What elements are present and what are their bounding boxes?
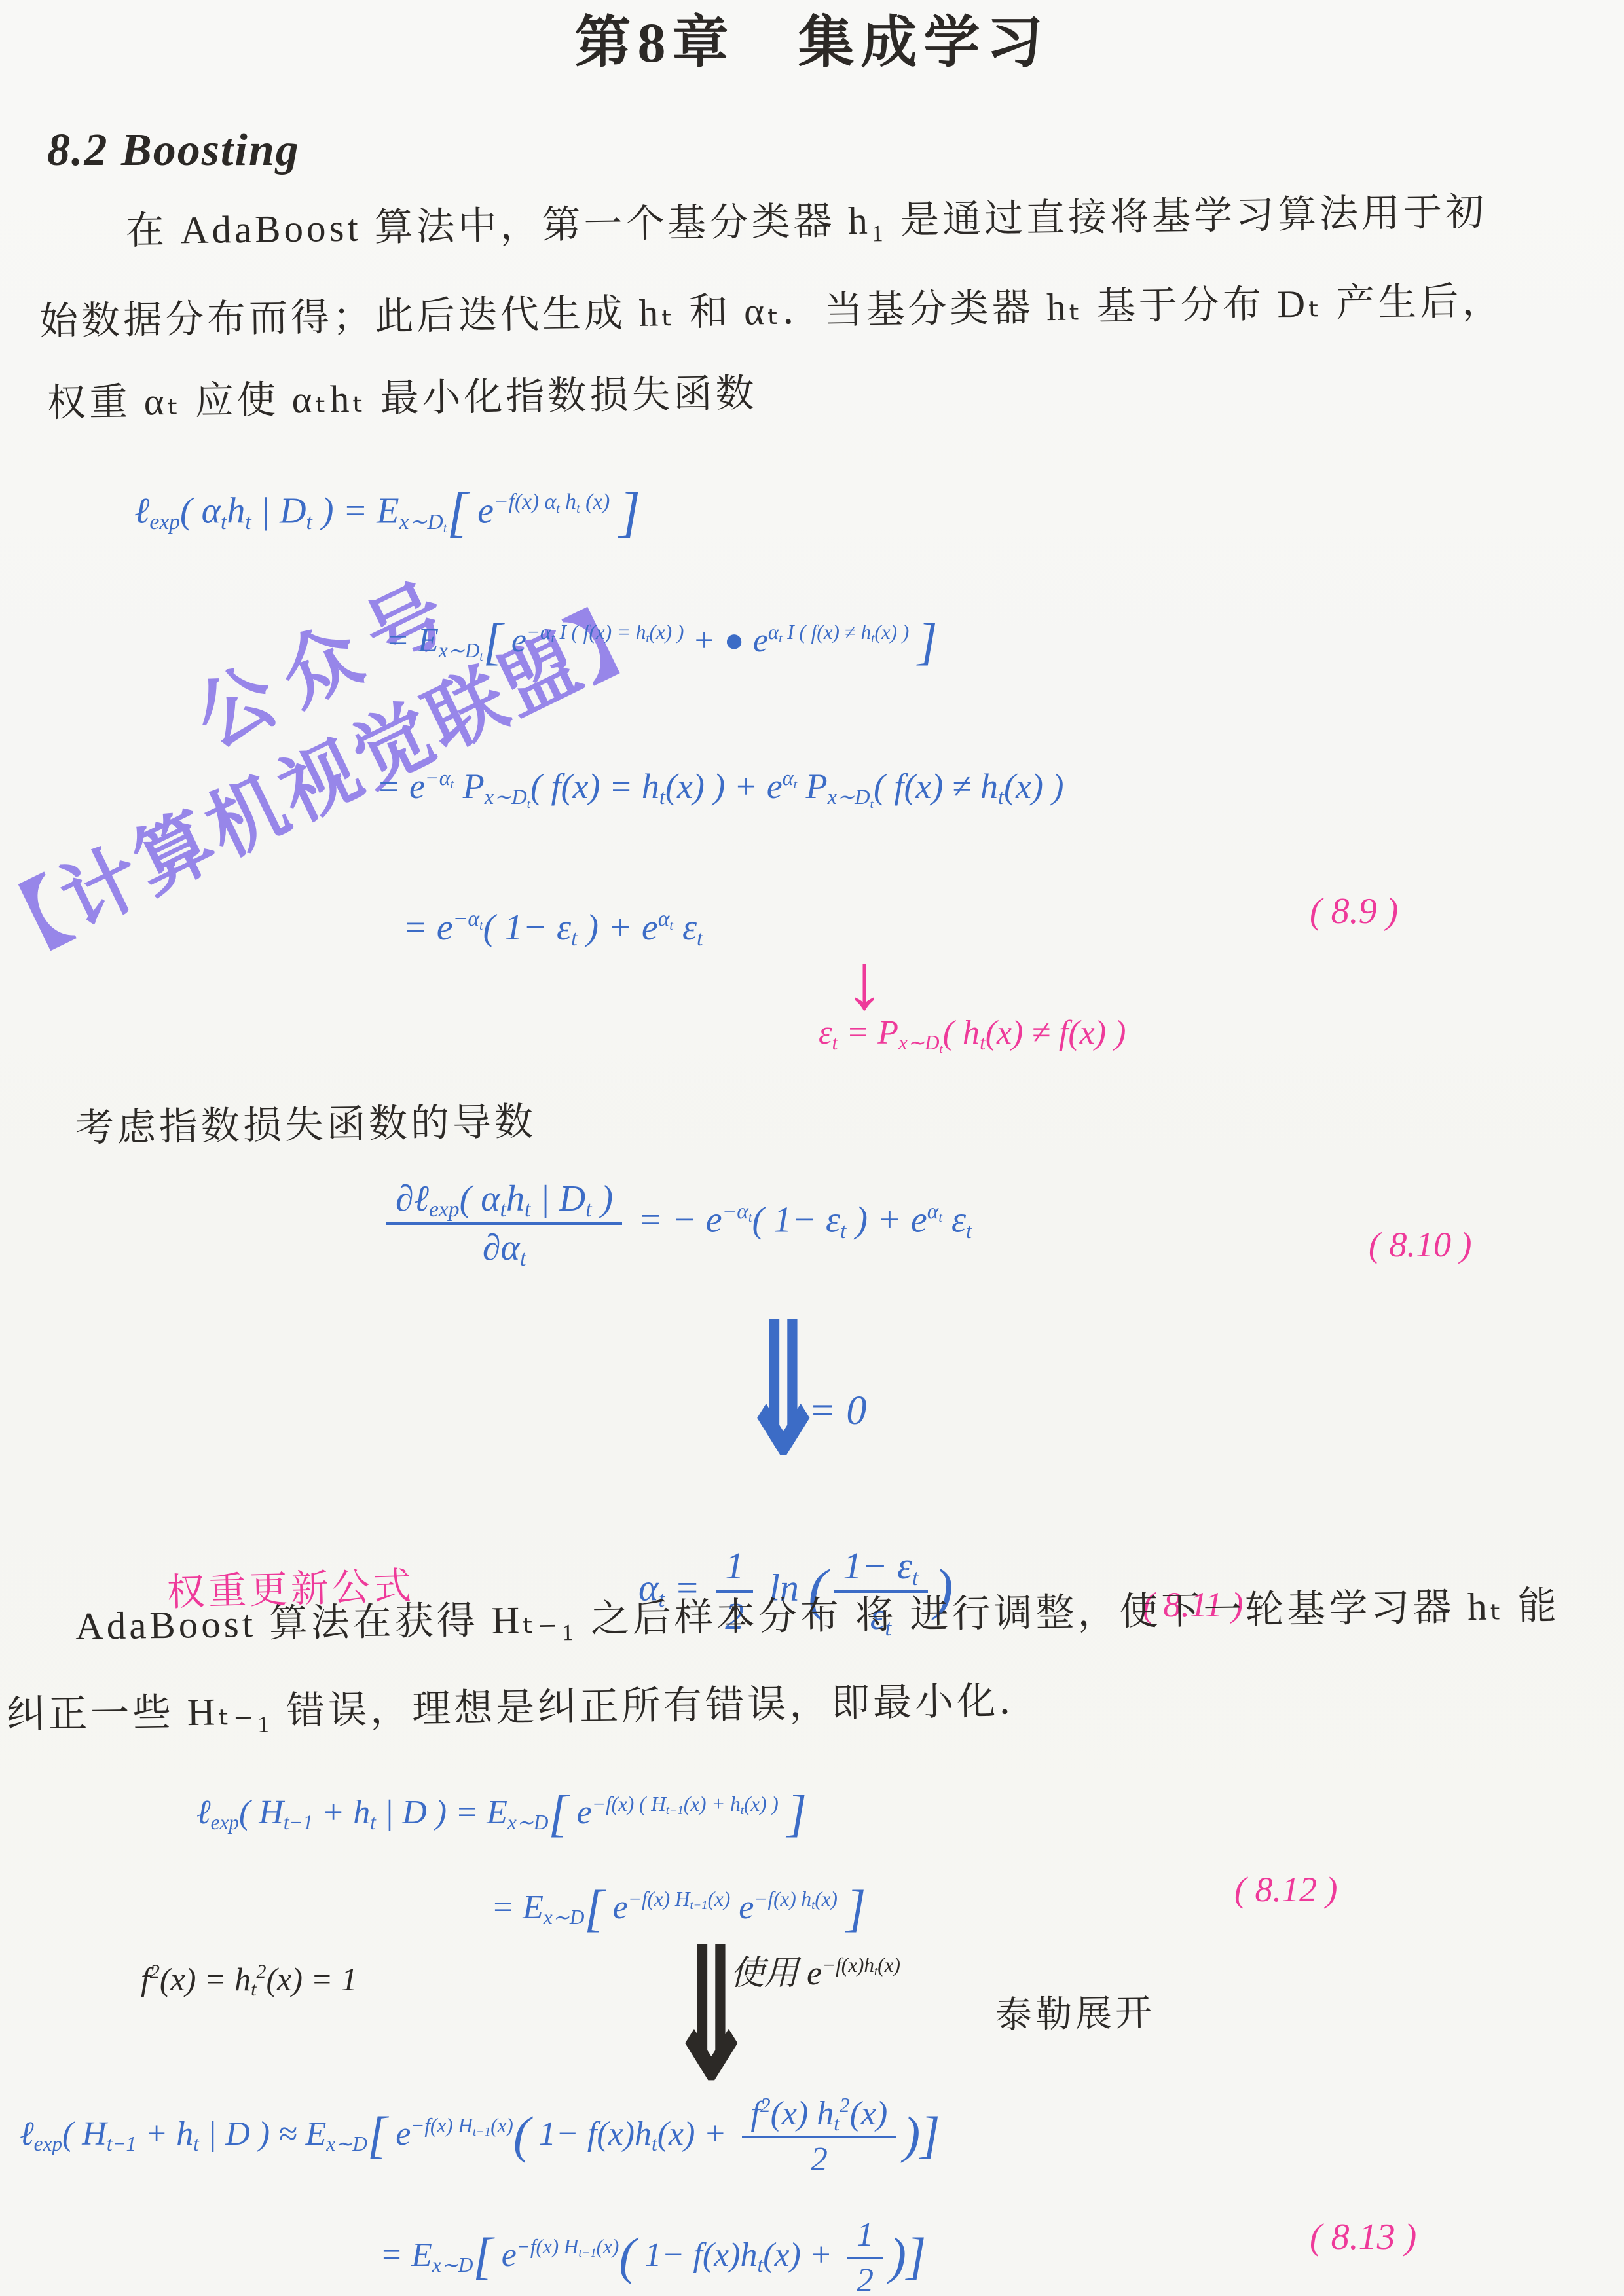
para1-line2: 始数据分布而得；此后迭代生成 hₜ 和 αₜ．当基分类器 hₜ 基于分布 Dₜ … — [39, 279, 1504, 344]
eq-8-9-line3: = e−αt Px∼Dt( f(x) = ht(x) ) + eαt Px∼Dt… — [377, 766, 1063, 807]
identity-constraint: f2(x) = ht2(x) = 1 — [141, 1961, 358, 1999]
para1-line1: 在 AdaBoost 算法中，第一个基分类器 h₁ 是通过直接将基学习算法用于初 — [126, 190, 1488, 253]
eq-8-13-label: ( 8.13 ) — [1310, 2216, 1416, 2258]
pink-down-arrow-icon: ↓ — [845, 943, 884, 1021]
taylor-use-note: 使用 e−f(x)ht(x) — [730, 1954, 900, 1994]
eq-8-13-line2: = Ex∼D[ e−f(x) Ht−1(x)( 1− f(x)ht(x) + 1… — [380, 2216, 926, 2296]
eq-8-9-line1: ℓexp( αtht | Dt ) = Ex∼Dt[ e−f(x) αt ht … — [134, 481, 640, 545]
notebook-page: 公众号 【计算机视觉联盟】 第8章 集成学习 8.2 Boosting 在 Ad… — [0, 0, 1624, 2296]
eq-8-12-line1: ℓexp( Ht−1 + ht | D ) = Ex∼D[ e−f(x) ( H… — [196, 1784, 807, 1843]
eq-8-9-label: ( 8.9 ) — [1310, 890, 1398, 932]
page-title: 第8章 集成学习 — [575, 10, 1050, 75]
eq-8-10-label: ( 8.10 ) — [1369, 1224, 1471, 1265]
taylor-expand-note: 泰勒展开 — [995, 1992, 1156, 2037]
para1-line3: 权重 αₜ 应使 αₜhₜ 最小化指数损失函数 — [47, 371, 758, 426]
eq-8-9-line4: = e−αt( 1− εt ) + eαt εt — [403, 907, 703, 949]
epsilon-definition: εt = Px∼Dt( ht(x) ≠ f(x) ) — [819, 1013, 1126, 1053]
eq-8-13-line1: ℓexp( Ht−1 + ht | D ) ≈ Ex∼D[ e−f(x) Ht−… — [20, 2095, 940, 2179]
eq-8-9-line2: = Ex∼Dt[ e−αt I ( f(x) = ht(x) ) + ● eαt… — [386, 612, 938, 671]
eq-8-10: ∂ℓexp( αtht | Dt )∂αt = − e−αt( 1− εt ) … — [380, 1178, 972, 1268]
eq-8-12-label: ( 8.12 ) — [1234, 1869, 1337, 1910]
derivative-note: 考虑指数损失函数的导数 — [75, 1100, 537, 1151]
section-heading: 8.2 Boosting — [47, 124, 300, 177]
equals-zero: = 0 — [809, 1388, 866, 1434]
para2-line2: 纠正一些 Hₜ₋₁ 错误，理想是纠正所有错误，即最小化． — [7, 1679, 1041, 1738]
